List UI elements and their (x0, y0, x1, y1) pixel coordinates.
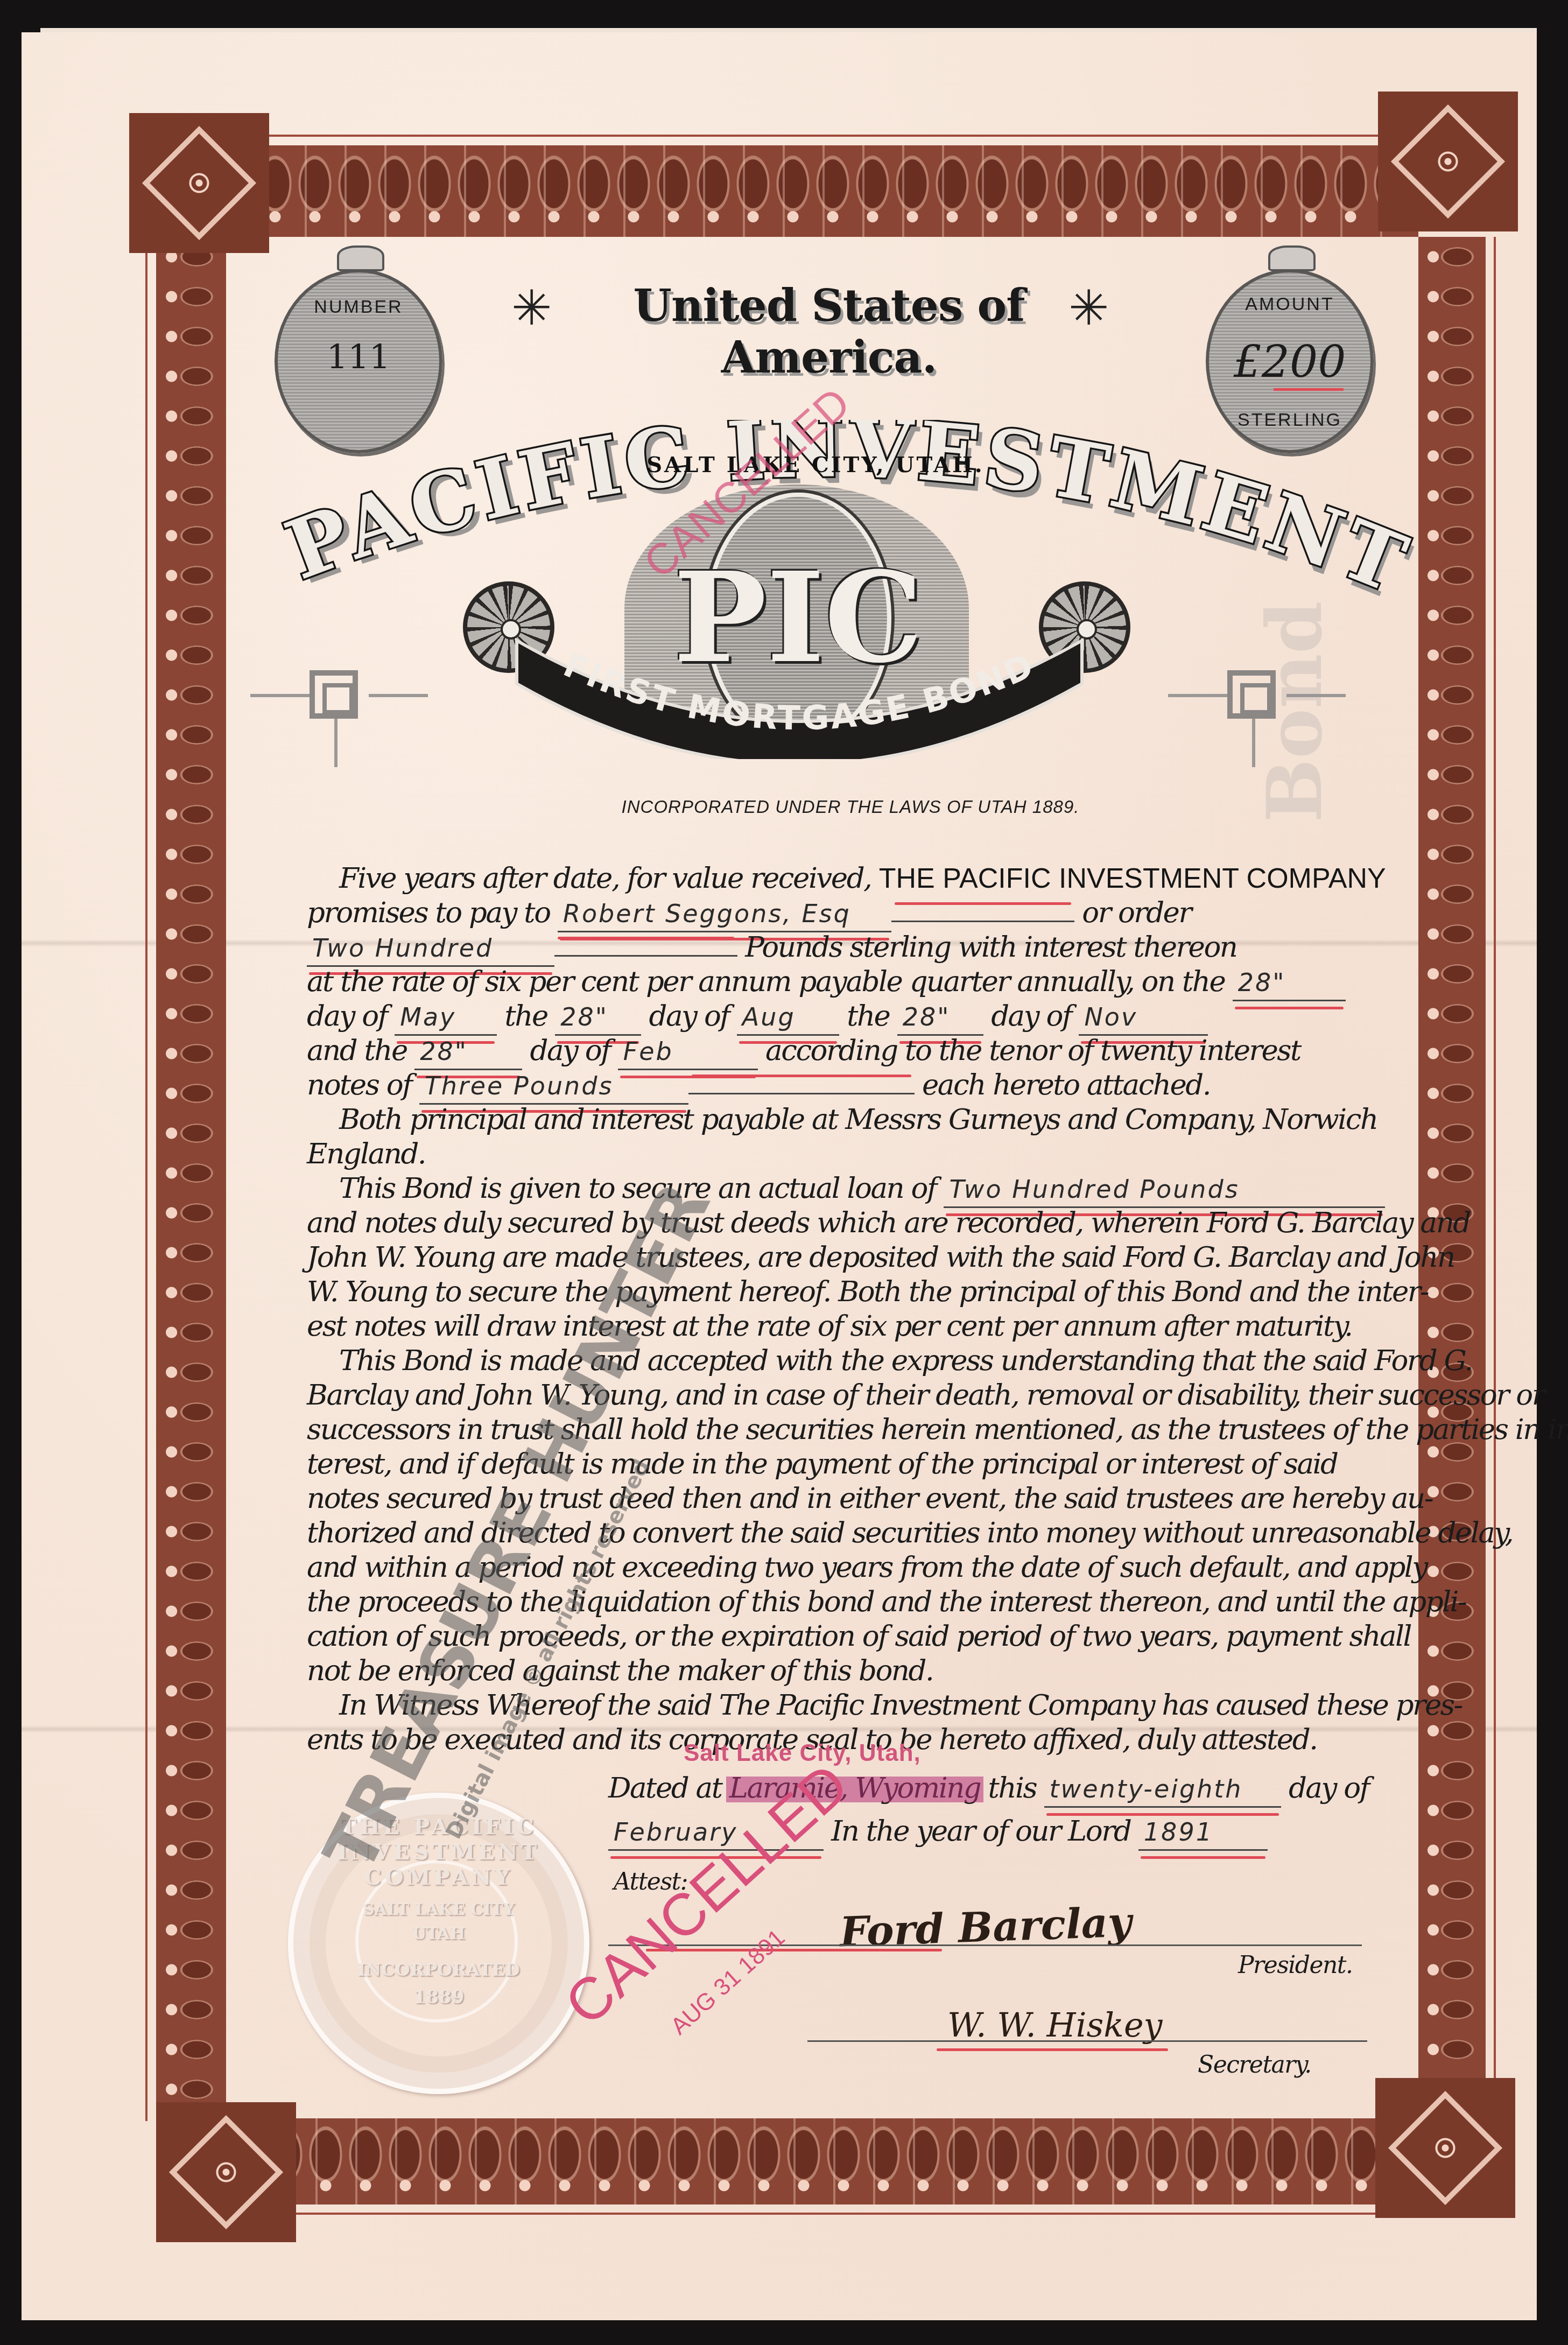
body-line: This Bond is given to secure an actual l… (339, 1171, 1385, 1208)
seal-line-4: 1889 (293, 1986, 584, 2008)
square-ornament-icon (310, 670, 358, 719)
body-line: notes of Three Pounds each hereto attach… (307, 1068, 1210, 1105)
seal-line-2: UTAH (293, 1925, 584, 1943)
company-name-printed: THE PACIFIC INVESTMENT COMPANY (879, 863, 1386, 894)
ribbon-bow-icon (1268, 245, 1316, 271)
body-line: at the rate of six per cent per annum pa… (307, 965, 1346, 1001)
secretary-label: Secretary. (1198, 2051, 1311, 2079)
bond-type-banner: FIRST MORTGAGE BOND (506, 619, 1093, 759)
body-line: W. Young to secure the payment hereof. B… (307, 1275, 1428, 1309)
bleed-through-text: Bond (1251, 601, 1339, 822)
body-line: day of May the 28" day of Aug the 28" da… (307, 999, 1208, 1036)
incorporated-line: INCORPORATED UNDER THE LAWS OF UTAH 1889… (581, 797, 1120, 817)
border-top (215, 145, 1418, 237)
corner-ornament-bottom-right (1375, 2078, 1515, 2218)
country-heading: United States of America. (587, 280, 1071, 383)
star-ornament-icon: ✳ (511, 280, 552, 336)
body-line: notes secured by trust deed then and in … (307, 1482, 1432, 1516)
border-rule (1494, 237, 1496, 2121)
amount-red-rule (1274, 388, 1344, 391)
ribbon-bow-icon (337, 245, 384, 271)
amount-label: AMOUNT (1209, 294, 1370, 315)
amount-value: £200 (1209, 337, 1370, 388)
interest-month-3-field: Nov (1079, 1000, 1208, 1036)
seal-line-1: SALT LAKE CITY (293, 1900, 584, 1919)
payee-field: Robert Seggons, Esq (558, 896, 891, 932)
seal-line-3: INCORPORATED (293, 1960, 584, 1980)
body-line: This Bond is made and accepted with the … (339, 1344, 1472, 1378)
border-left (156, 237, 226, 2121)
interest-month-2-field: Aug (737, 1000, 839, 1036)
secretary-signature: W. W. Hiskey (947, 2005, 1163, 2045)
body-line: Barclay and John W. Young, and in case o… (307, 1378, 1544, 1413)
interest-month-1-field: May (395, 1000, 497, 1036)
president-signature: Ford Barclay (839, 1898, 1133, 1956)
interest-day-4-field: 28" (414, 1034, 522, 1070)
company-location: SALT LAKE CITY, UTAH. (641, 452, 990, 478)
border-bottom (226, 2118, 1389, 2204)
interest-day-2-field: 28" (555, 1000, 641, 1036)
body-line: Both principal and interest payable at M… (339, 1103, 1377, 1137)
principal-words-field: Two Hundred (307, 931, 554, 967)
number-value: 111 (278, 337, 439, 376)
body-line: est notes will draw interest at the rate… (307, 1309, 1352, 1344)
body-line: Two Hundred Pounds sterling with interes… (307, 930, 1236, 967)
interest-day-3-field: 28" (897, 1000, 983, 1036)
president-signature-line (608, 1944, 1362, 1946)
secretary-signature-line (807, 2040, 1367, 2042)
body-line: England. (307, 1137, 425, 1171)
secretary-red-rule (937, 2048, 1168, 2051)
corner-ornament-bottom-left (156, 2102, 296, 2242)
president-label: President. (1238, 1951, 1353, 1979)
loan-amount-field: Two Hundred Pounds (944, 1172, 1385, 1208)
body-line: promises to pay to Robert Seggons, Esq o… (307, 896, 1191, 932)
body-line: and notes duly secured by trust deeds wh… (307, 1206, 1470, 1240)
border-rule (145, 237, 147, 2121)
border-rule (215, 135, 1418, 137)
corner-ornament-top-right (1378, 92, 1518, 231)
body-line: Five years after date, for value receive… (339, 861, 1386, 896)
body-line: terest, and if default is made in the pa… (307, 1447, 1337, 1482)
interest-day-field: 28" (1233, 965, 1346, 1001)
body-line: John W. Young are made trustees, are dep… (307, 1240, 1454, 1275)
coupon-amount-field: Three Pounds (419, 1069, 688, 1105)
border-rule (226, 2213, 1389, 2215)
year-field: 1891 (1138, 1815, 1268, 1851)
number-label: NUMBER (278, 297, 439, 318)
star-ornament-icon: ✳ (1068, 280, 1109, 336)
body-line: and the 28" day of Feb according to the … (307, 1034, 1300, 1070)
corner-ornament-top-left (129, 113, 269, 253)
day-field: twenty-eighth (1044, 1772, 1281, 1808)
body-line: successors in trust shall hold the secur… (307, 1413, 1568, 1447)
interest-month-4-field: Feb (618, 1034, 758, 1070)
